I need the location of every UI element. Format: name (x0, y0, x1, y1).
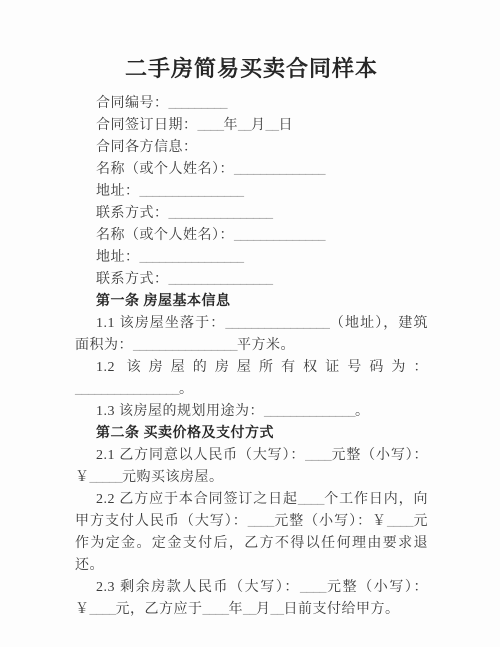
blank-field: __ (238, 118, 251, 133)
text-segment: 年 (224, 118, 239, 133)
party-b-contact-line: 联系方式：________________ (75, 269, 428, 291)
blank-field: ________________ (75, 382, 179, 397)
text-segment: 第二条 买卖价格及支付方式 (96, 426, 274, 441)
text-segment: 联系方式： (96, 272, 169, 287)
text-segment: 合同签订日期： (96, 118, 198, 133)
blank-field: ______________ (234, 228, 325, 243)
clause-1-1: 1.1 该房屋坐落于：________________（地址），建筑面积为：__… (75, 313, 428, 357)
blank-field: _________ (169, 96, 228, 111)
article-2-heading: 第二条 买卖价格及支付方式 (75, 423, 428, 445)
text-segment: 日 (279, 118, 294, 133)
text-segment: 1.3 该房屋的规划用途为： (96, 404, 264, 419)
blank-field: ____ (203, 602, 229, 617)
text-segment: 2.3 剩余房款人民币（大写）： (96, 580, 300, 595)
party-b-name-line: 名称（或个人姓名）：______________ (75, 225, 428, 247)
clause-2-2: 2.2 乙方应于本合同签订之日起____个工作日内，向甲方支付人民币（大写）：_… (75, 489, 428, 577)
blank-field: ______________ (264, 404, 355, 419)
article-1-heading: 第一条 房屋基本信息 (75, 291, 428, 313)
blank-field: ____ (305, 448, 331, 463)
blank-field: __ (266, 118, 279, 133)
text-segment: 元整（小写）：￥ (274, 514, 387, 529)
blank-field: ____ (298, 492, 324, 507)
blank-field: __ (243, 602, 256, 617)
text-segment: 第一条 房屋基本信息 (96, 294, 231, 309)
contract-number-line: 合同编号：_________ (75, 93, 428, 115)
text-segment: 2.2 乙方应于本合同签订之日起 (96, 492, 298, 507)
clause-1-2: 1.2 该房屋的房屋所有权证号码为：________________。 (75, 357, 428, 401)
text-segment: 地址： (96, 184, 140, 199)
text-segment: 元购买该房屋。 (122, 470, 224, 485)
text-segment: 。 (355, 404, 370, 419)
text-segment: 1.1 该房屋坐落于： (96, 316, 225, 331)
blank-field: ____ (198, 118, 224, 133)
contract-document: 二手房简易买卖合同样本 合同编号：_________合同签订日期：____年__… (0, 0, 500, 647)
text-segment: 联系方式： (96, 206, 169, 221)
blank-field: ________________ (169, 272, 273, 287)
party-a-address-line: 地址：________________ (75, 181, 428, 203)
blank-field: ____ (387, 514, 413, 529)
party-b-address-line: 地址：________________ (75, 247, 428, 269)
text-segment: 1.2 该房屋的房屋所有权证号码为： (96, 360, 428, 375)
text-segment: 名称（或个人姓名）： (96, 162, 234, 177)
blank-field: ________________ (169, 206, 273, 221)
blank-field: ____ (300, 580, 326, 595)
blank-field: ____ (248, 514, 274, 529)
document-title: 二手房简易买卖合同样本 (75, 54, 428, 84)
text-segment: 名称（或个人姓名）： (96, 228, 234, 243)
clause-2-3: 2.3 剩余房款人民币（大写）：____元整（小写）：￥____元，乙方应于__… (75, 577, 428, 621)
blank-field: ________________ (133, 338, 237, 353)
text-segment: 月 (251, 118, 266, 133)
text-segment: 元，乙方应于 (116, 602, 203, 617)
signing-date-line: 合同签订日期：____年__月__日 (75, 115, 428, 137)
text-segment: 合同编号： (96, 96, 169, 111)
party-a-name-line: 名称（或个人姓名）：______________ (75, 159, 428, 181)
party-a-contact-line: 联系方式：________________ (75, 203, 428, 225)
text-segment: 合同各方信息： (96, 140, 198, 155)
text-segment: 。 (179, 382, 194, 397)
blank-field: _____ (90, 470, 123, 485)
text-segment: 2.1 乙方同意以人民币（大写）： (96, 448, 305, 463)
text-segment: 年 (229, 602, 244, 617)
blank-field: ________________ (140, 250, 244, 265)
text-segment: 月 (256, 602, 271, 617)
parties-info-label: 合同各方信息： (75, 137, 428, 159)
text-segment: 平方米。 (237, 338, 295, 353)
clause-1-3: 1.3 该房屋的规划用途为：______________。 (75, 401, 428, 423)
blank-field: __ (271, 602, 284, 617)
clause-2-1: 2.1 乙方同意以人民币（大写）：____元整（小写）：￥_____元购买该房屋… (75, 445, 428, 489)
text-segment: 日前支付给甲方。 (284, 602, 400, 617)
blank-field: ____ (90, 602, 116, 617)
blank-field: ________________ (225, 316, 329, 331)
blank-field: ______________ (234, 162, 325, 177)
document-body: 合同编号：_________合同签订日期：____年__月__日合同各方信息：名… (75, 93, 428, 621)
text-segment: 地址： (96, 250, 140, 265)
blank-field: ________________ (140, 184, 244, 199)
